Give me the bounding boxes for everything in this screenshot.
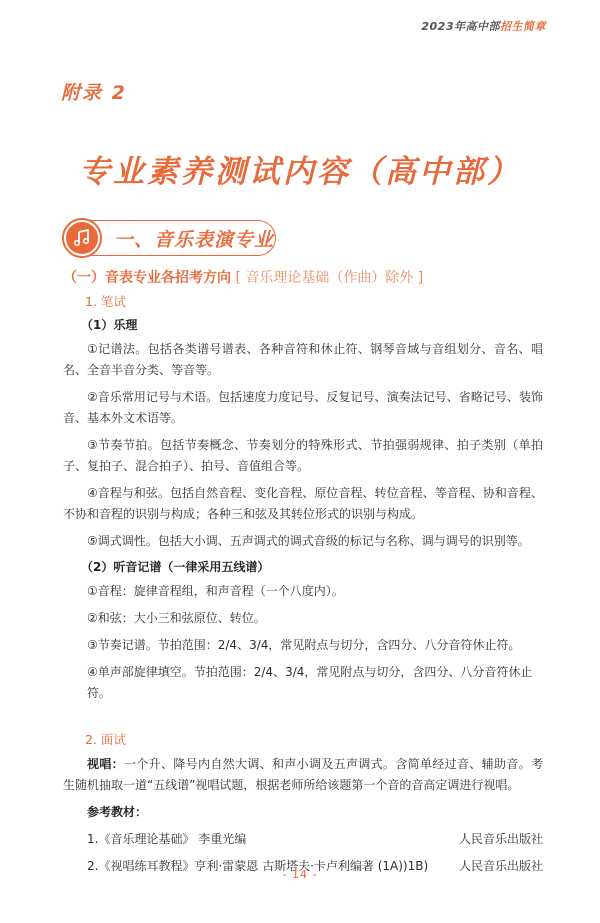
theory-item: ④音程与和弦。包括自然音程、变化音程、原位音程、转位音程、等音程、协和音程、不协… — [63, 483, 543, 525]
sight-singing-paragraph: 视唱：一个升、降号内自然大调、和声小调及五声调式。含简单经过音、辅助音。考生随机… — [63, 754, 543, 796]
subsection-note: [ 音乐理论基础（作曲）除外 ] — [231, 270, 423, 286]
dictation-item: ①音程：旋律音程组，和声音程（一个八度内）。 — [87, 581, 543, 602]
brochure-header: 2023年高中部招生简章 — [421, 18, 546, 34]
music-note-icon — [66, 222, 98, 254]
header-brochure-label: 招生简章 — [500, 20, 546, 33]
theory-item: ③节奏节拍。包括节奏概念、节奏划分的特殊形式、节拍强弱规律、拍子类别（单拍子、复… — [63, 435, 543, 477]
dictation-item: ③节奏记谱。节拍范围：2/4、3/4，常见附点与切分，含四分、八分音符休止符。 — [87, 635, 543, 656]
subsection-heading: （一）音表专业各招考方向 [ 音乐理论基础（作曲）除外 ] — [63, 267, 423, 287]
sight-singing-label: 视唱： — [87, 757, 124, 771]
dictation-item: ④单声部旋律填空。节拍范围：2/4、3/4，常见附点与切分，含四分、八分音符休止… — [87, 662, 543, 704]
reference-row: 1.《音乐理论基础》 李重光编 人民音乐出版社 — [87, 829, 543, 850]
section-header: 一、音乐表演专业 — [62, 218, 276, 258]
references-label: 参考教材： — [87, 802, 543, 823]
written-exam-heading: 1. 笔试 — [85, 292, 543, 310]
page-title: 专业素养测试内容（高中部） — [0, 146, 600, 191]
theory-item: ①记谱法。包括各类谱号谱表、各种音符和休止符、钢琴音域与音组划分、音名、唱名、全… — [63, 339, 543, 381]
section-icon-ring — [62, 218, 102, 258]
section-title: 一、音乐表演专业 — [114, 225, 274, 252]
main-content: 1. 笔试 （1）乐理 ①记谱法。包括各类谱号谱表、各种音符和休止符、钢琴音域与… — [63, 292, 543, 877]
dictation-item: ②和弦：大小三和弦原位、转位。 — [87, 608, 543, 629]
interview-heading: 2. 面试 — [85, 730, 543, 748]
subsection-title: （一）音表专业各招考方向 — [63, 270, 231, 286]
reference-title: 1.《音乐理论基础》 李重光编 — [87, 829, 246, 850]
theory-item: ⑤调式调性。包括大小调、五声调式的调式音级的标记与名称、调与调号的识别等。 — [63, 531, 543, 552]
appendix-label: 附录 2 — [61, 78, 127, 105]
page-number: - 14 - — [0, 868, 600, 881]
header-year-label: 2023年高中部 — [421, 20, 500, 33]
sight-singing-text: 一个升、降号内自然大调、和声小调及五声调式。含简单经过音、辅助音。考生随机抽取一… — [63, 757, 543, 792]
reference-publisher: 人民音乐出版社 — [459, 829, 543, 850]
theory-item: ②音乐常用记号与术语。包括速度力度记号、反复记号、演奏法记号、省略记号、装饰音、… — [63, 387, 543, 429]
music-theory-heading: （1）乐理 — [81, 316, 543, 333]
dictation-heading: （2）听音记谱（一律采用五线谱） — [81, 558, 543, 575]
